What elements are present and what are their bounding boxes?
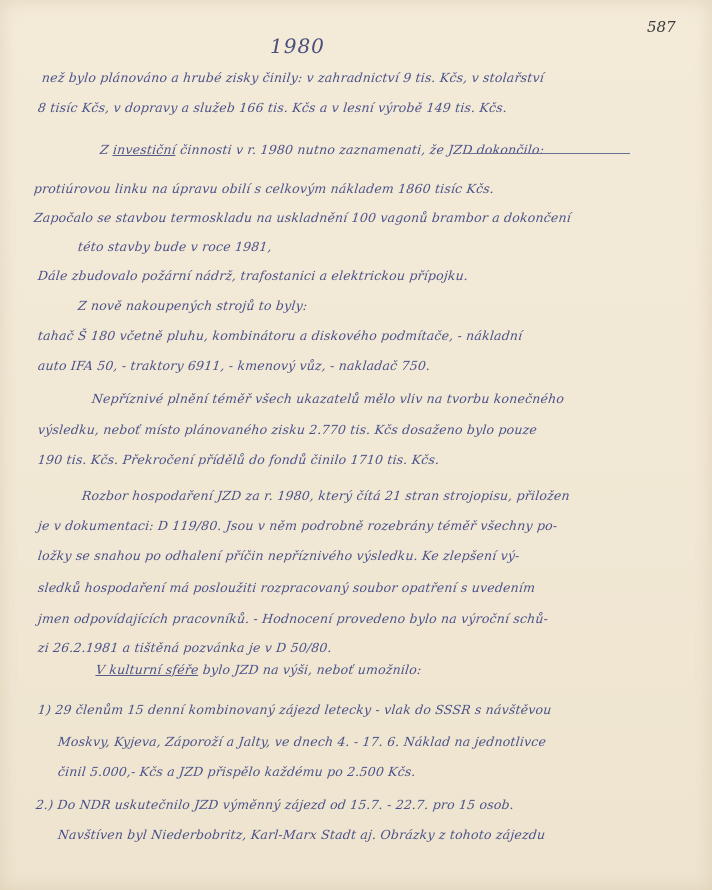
text-line-culture: V kulturní sféře bylo JZD na výši, neboť… [95,662,422,677]
text-line: tahač Š 180 včetně pluhu, kombinátoru a … [37,328,523,343]
text-line: je v dokumentaci: D 119/80. Jsou v něm p… [37,518,558,533]
text-line: 190 tis. Kčs. Překročení přídělů do fond… [37,452,440,467]
text-line: auto IFA 50, - traktory 6911, - kmenový … [37,358,431,373]
list-item-continuation: Moskvy, Kyjeva, Záporoží a Jalty, ve dne… [57,734,547,749]
text-line: sledků hospodaření má posloužiti rozprac… [37,580,536,595]
underlined-term: V kulturní sféře [95,662,199,677]
line-suffix: činnosti v r. 1980 nutno zaznamenati, že… [175,142,545,157]
text-line: této stavby bude v roce 1981, [77,239,272,254]
text-line: Započalo se stavbou termoskladu na uskla… [33,210,572,225]
text-line: Rozbor hospodaření JZD za r. 1980, který… [81,488,570,503]
underlined-term: investiční [112,142,177,157]
underline-rule [465,153,630,154]
text-line: Z nově nakoupených strojů to byly: [77,298,308,313]
text-line: Nepříznivé plnění téměř všech ukazatelů … [91,391,565,406]
text-line: výsledku, neboť místo plánovaného zisku … [37,422,538,437]
text-line: jmen odpovídajících pracovníků. - Hodnoc… [37,611,549,626]
year-heading: 1980 [270,34,325,58]
text-line: ložky se snahou po odhalení příčin nepří… [37,548,520,563]
chronicle-page: 587 1980 než bylo plánováno a hrubé zisk… [0,0,712,890]
page-number: 587 [647,18,676,36]
text-line: 8 tisíc Kčs, v dopravy a služeb 166 tis.… [37,100,508,115]
list-item-continuation: činil 5.000,- Kčs a JZD přispělo každému… [57,764,416,779]
list-item: 1) 29 členům 15 denní kombinovaný zájezd… [37,702,552,717]
text-line: než bylo plánováno a hrubé zisky činily:… [41,70,545,85]
text-line-investment: Z investiční činnosti v r. 1980 nutno za… [99,142,545,157]
line-suffix: bylo JZD na výši, neboť umožnilo: [198,662,422,677]
text-line: zi 26.2.1981 a tištěná pozvánka je v D 5… [37,640,332,655]
text-line: protiúrovou linku na úpravu obilí s celk… [33,181,495,196]
list-item: 2.) Do NDR uskutečnilo JZD výměnný zájez… [35,797,515,812]
text-line: Dále zbudovalo požární nádrž, trafostani… [37,268,469,283]
list-item-continuation: Navštíven byl Niederbobritz, Karl-Marx S… [57,827,546,842]
